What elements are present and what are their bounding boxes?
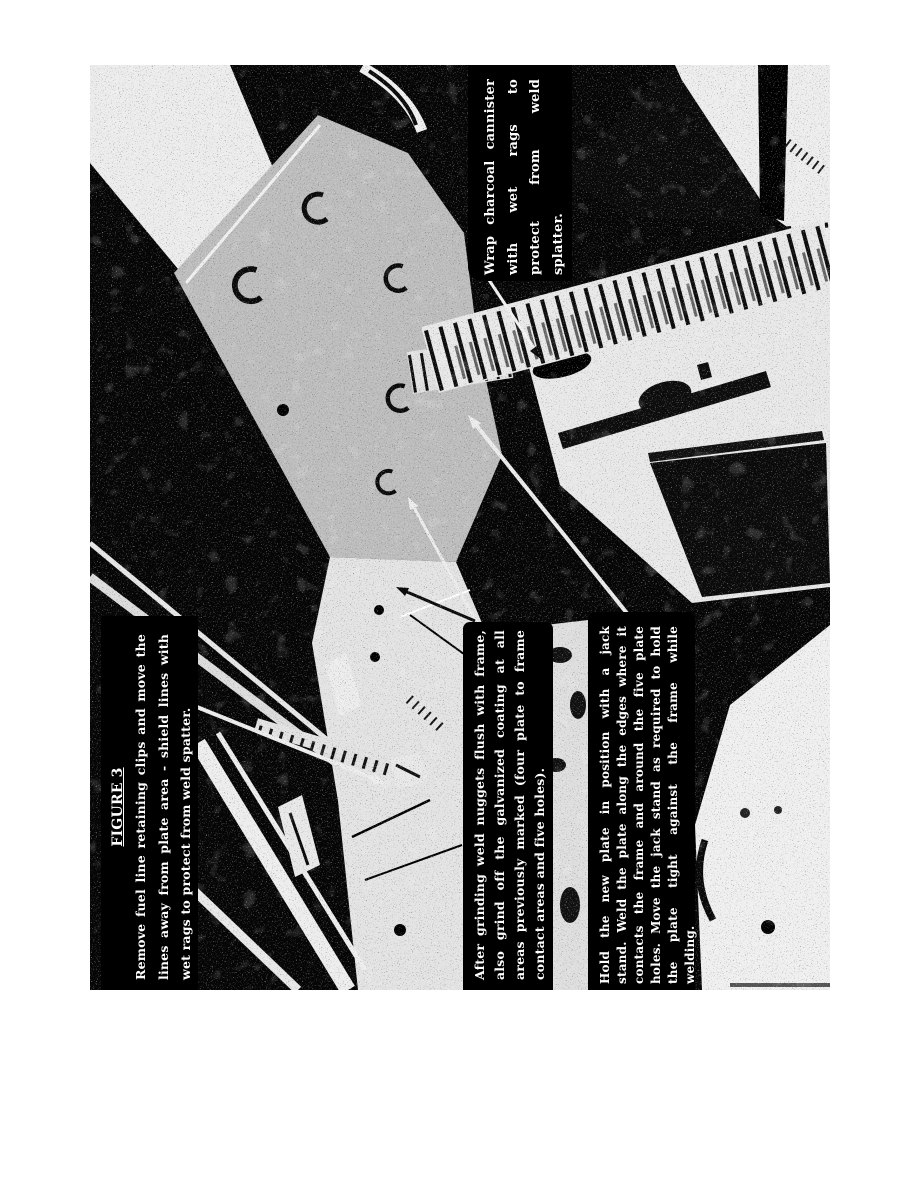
callout-plate-welding-instructions-text: Hold the new plate in position with a ja… xyxy=(597,626,699,984)
figure-title: FIGURE 3 xyxy=(106,634,130,980)
callout-plate-welding-instructions: Hold the new plate in position with a ja… xyxy=(588,612,695,990)
callout-charcoal-cannister: Wrap charcoal cannisterwith wet rags top… xyxy=(468,65,572,281)
callout-grinding-instructions-text: After grinding weld nuggets flush with f… xyxy=(470,630,550,980)
manual-page: Wrap charcoal cannisterwith wet rags top… xyxy=(0,0,918,1188)
callout-grinding-instructions: After grinding weld nuggets flush with f… xyxy=(463,622,553,990)
photo-artwork xyxy=(90,65,830,990)
figure3-photo: Wrap charcoal cannisterwith wet rags top… xyxy=(90,65,830,990)
figure-caption-text: Remove fuel line retaining clips and mov… xyxy=(130,634,198,980)
figure-caption-block: FIGURE 3 Remove fuel line retaining clip… xyxy=(101,616,198,990)
callout-charcoal-cannister-text: Wrap charcoal cannisterwith wet rags top… xyxy=(480,79,548,275)
halftone-grain xyxy=(90,65,830,990)
